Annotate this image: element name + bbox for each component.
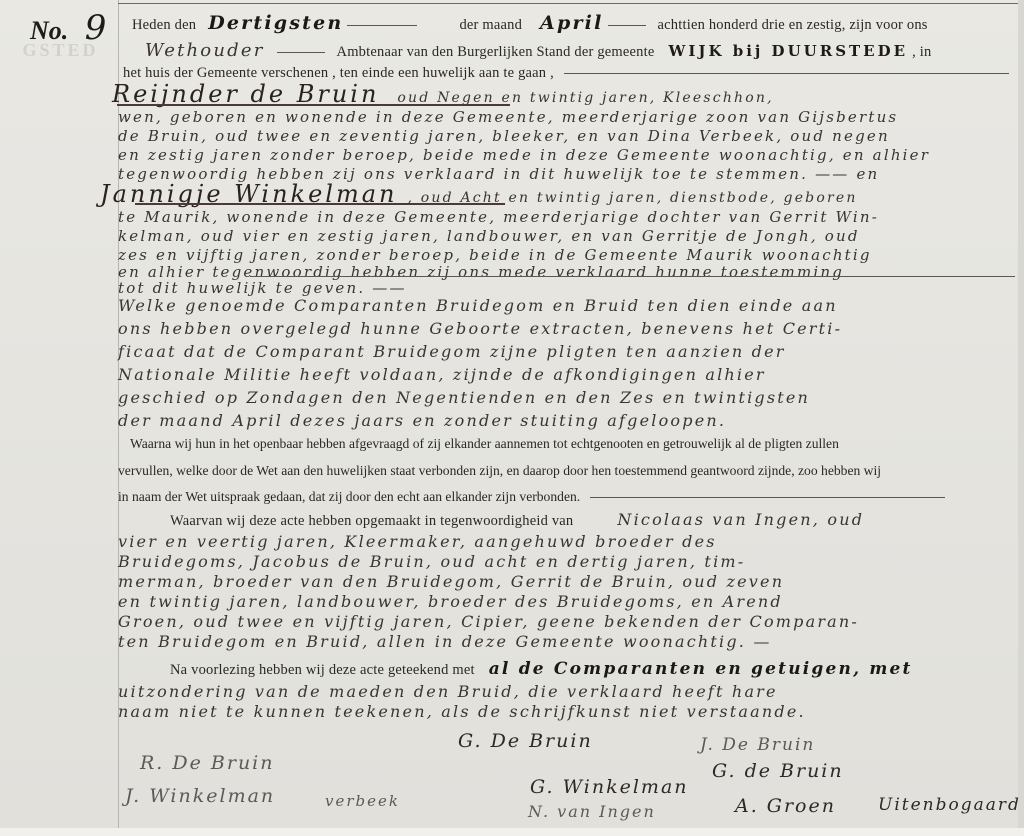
documents-line-4: Nationale Militie heeft voldaan, zijnde … [118, 365, 766, 384]
witnesses-line-3: merman, broeder van den Bruidegom, Gerri… [118, 572, 784, 591]
signature: N. van Ingen [528, 802, 656, 821]
top-rule [118, 3, 1024, 4]
groom-line-3: de Bruin, oud twee en zeventig jaren, bl… [118, 127, 890, 145]
signature: R. De Bruin [140, 752, 275, 774]
groom-name-underline [117, 104, 510, 106]
act-number: No. 9 [30, 8, 106, 48]
signature: G. De Bruin [458, 730, 593, 752]
handwritten-day: Dertigsten [208, 12, 343, 34]
printed-text: achttien honderd drie en zestig, zijn vo… [658, 17, 928, 33]
documents-line-2: ons hebben overgelegd hunne Geboorte ext… [118, 319, 842, 338]
page-edge-bottom [0, 828, 1024, 836]
fill-rule [564, 73, 1009, 74]
signature: G. Winkelman [530, 776, 689, 798]
printed-text: het huis der Gemeente verschenen , ten e… [123, 65, 554, 81]
fill-rule [277, 52, 325, 53]
handwritten-official: Wethouder [145, 40, 265, 61]
signature: G. de Bruin [712, 760, 844, 782]
witnesses-line-2: Bruidegoms, Jacobus de Bruin, oud acht e… [118, 552, 745, 571]
printed-text: Na voorlezing hebben wij deze acte getee… [170, 662, 475, 678]
documents-line-3: ficaat dat de Comparant Bruidegom zijne … [118, 342, 786, 361]
bride-line-6: tot dit huwelijk te geven. —— [118, 279, 407, 297]
act-number-label: No. [30, 16, 68, 45]
signature: Uitenbogaard [878, 795, 1021, 815]
bride-name-underline [135, 203, 505, 205]
handwritten-line: Nicolaas van Ingen, oud [617, 510, 864, 529]
handwritten-month: April [540, 12, 603, 34]
witnesses-line-4: en twintig jaren, landbouwer, broeder de… [118, 592, 783, 611]
closing-line-2: naam niet te kunnen teekenen, als de sch… [118, 702, 806, 721]
witnesses-line-1: vier en veertig jaren, Kleermaker, aange… [118, 532, 717, 551]
declaration-line-1: Waarna wij hun in het openbaar hebben af… [130, 436, 839, 452]
documents-line-1: Welke genoemde Comparanten Bruidegom en … [118, 296, 838, 315]
declaration-line-2: vervullen, welke door de Wet aan den huw… [118, 463, 881, 479]
bride-line-3: kelman, oud vier en zestig jaren, landbo… [118, 227, 860, 245]
act-number-value: 9 [85, 8, 107, 48]
closing-line-1: uitzondering van de maeden den Bruid, di… [118, 682, 778, 701]
printed-text: Heden den [132, 17, 196, 33]
closing-intro-line: Na voorlezing hebben wij deze acte getee… [170, 659, 913, 679]
header-line-1: Heden den Dertigsten der maand April ach… [132, 12, 928, 34]
signature: J. Winkelman [125, 785, 275, 807]
documents-line-5: geschied op Zondagen den Negentienden en… [118, 388, 810, 407]
bride-line-4: zes en vijftig jaren, zonder beroep, bei… [118, 246, 872, 264]
signature: verbeek [325, 792, 400, 810]
municipality-name: WIJK bij DUURSTEDE [669, 42, 909, 60]
groom-line-2: wen, geboren en wonende in deze Gemeente… [118, 108, 898, 126]
printed-text: Waarvan wij deze acte hebben opgemaakt i… [170, 513, 573, 529]
printed-text: in naam der Wet uitspraak gedaan, dat zi… [118, 489, 580, 504]
groom-line-4: en zestig jaren zonder beroep, beide med… [118, 146, 930, 164]
handwritten-line: al de Comparanten en getuigen, met [489, 659, 913, 679]
signature: J. De Bruin [700, 735, 815, 755]
certificate-page: GSTED No. 9 Heden den Dertigsten der maa… [0, 0, 1024, 836]
witnesses-line-5: Groen, oud twee en vijftig jaren, Cipier… [118, 612, 859, 631]
page-edge [1018, 0, 1024, 836]
printed-text: Ambtenaar van den Burgerlijken Stand der… [337, 44, 655, 60]
documents-line-6: der maand April dezes jaars en zonder st… [118, 411, 726, 430]
header-line-2: Wethouder Ambtenaar van den Burgerlijken… [145, 40, 931, 61]
declaration-line-3: in naam der Wet uitspraak gedaan, dat zi… [118, 488, 945, 506]
signature: A. Groen [735, 795, 836, 817]
fill-rule [590, 497, 945, 498]
witnesses-intro-line: Waarvan wij deze acte hebben opgemaakt i… [170, 510, 864, 530]
section-rule [250, 276, 1015, 277]
witnesses-line-6: ten Bruidegom en Bruid, allen in deze Ge… [118, 632, 772, 651]
fill-rule [608, 25, 646, 26]
printed-text: , in [912, 44, 931, 60]
printed-text: der maand [459, 17, 522, 33]
bride-line-2: te Maurik, wonende in deze Gemeente, mee… [118, 208, 879, 226]
fill-rule [347, 25, 417, 26]
